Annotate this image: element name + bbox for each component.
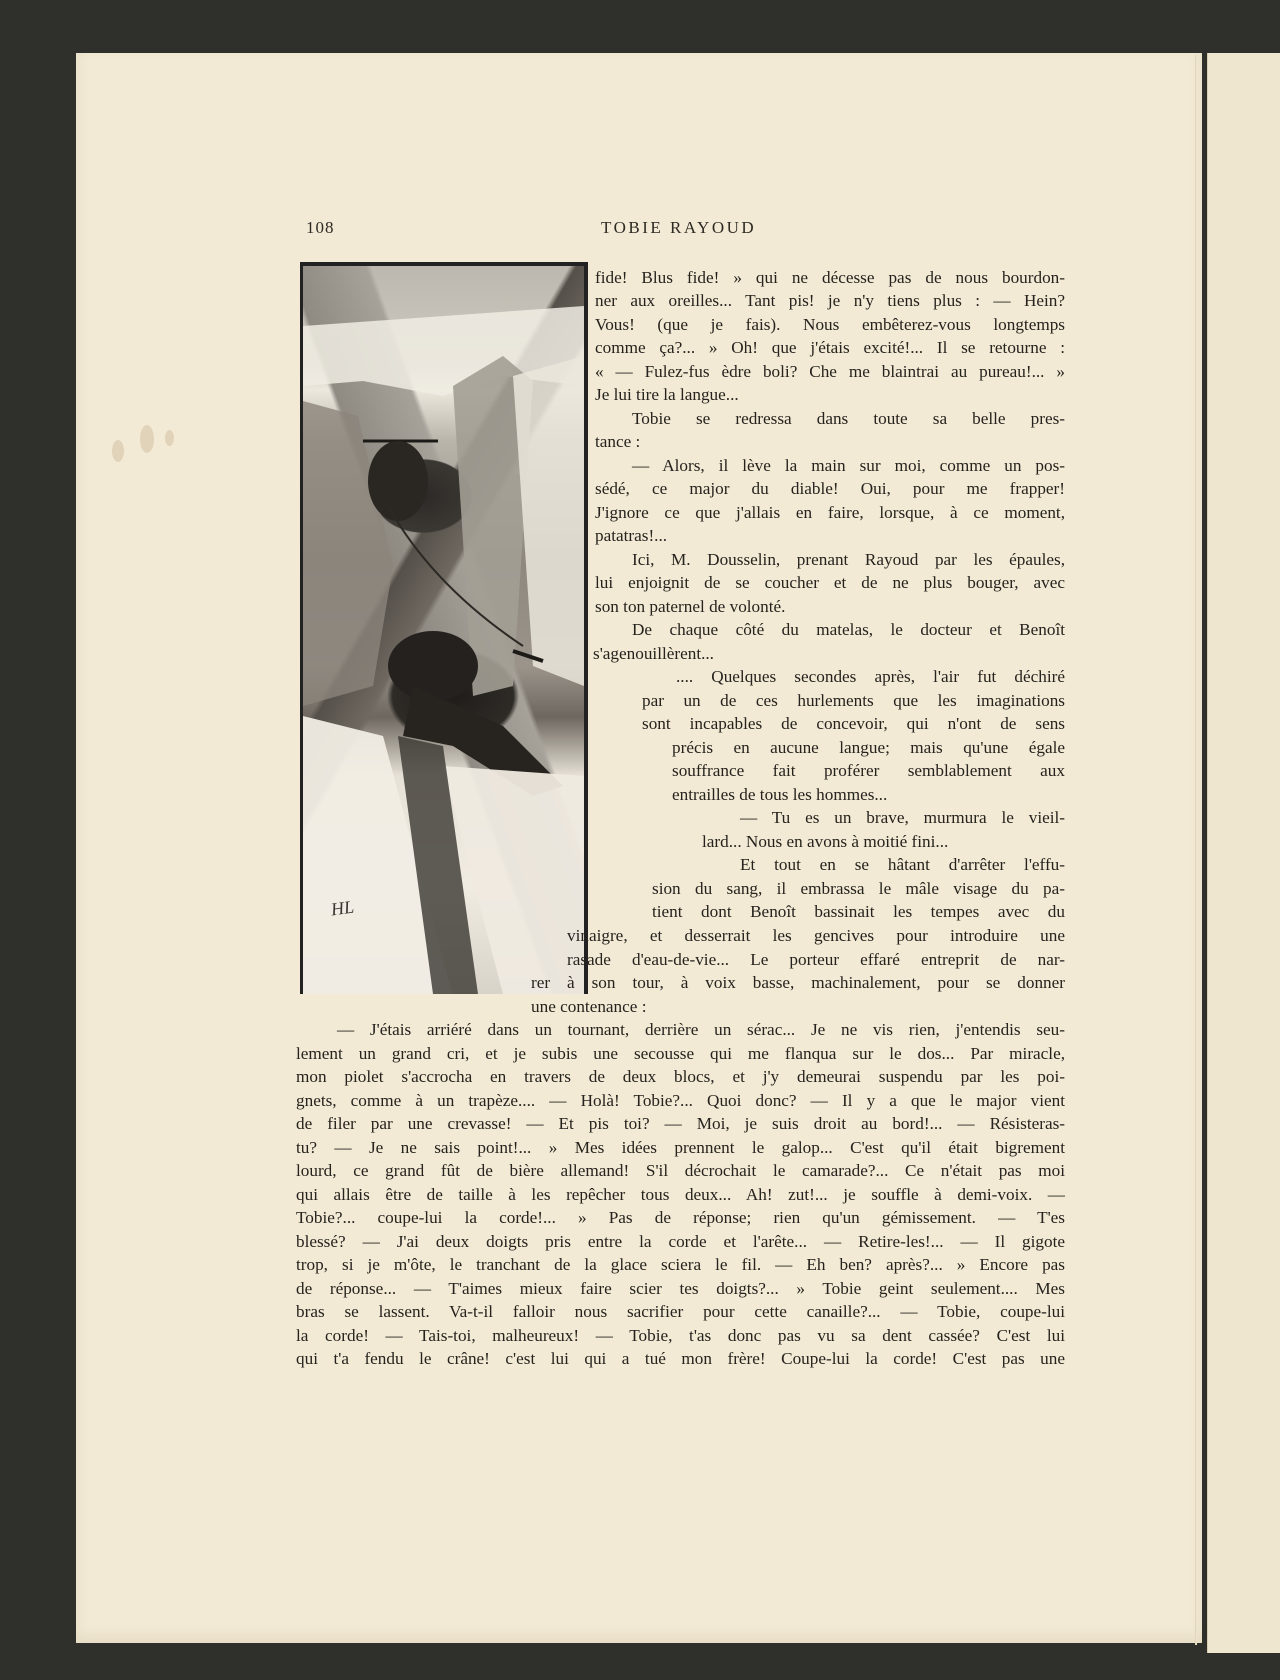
- text-line: lard... Nous en avons à moitié fini...: [702, 830, 1065, 853]
- text-line: de filer par une crevasse! — Et pis toi?…: [296, 1112, 1065, 1135]
- text-line: Ici, M. Dousselin, prenant Rayoud par le…: [632, 548, 1065, 571]
- text-line: précis en aucune langue; mais qu'une éga…: [672, 736, 1065, 759]
- text-line: — Alors, il lève la main sur moi, comme …: [632, 454, 1065, 477]
- text-line: rasade d'eau-de-vie... Le porteur effaré…: [567, 948, 1065, 971]
- text-line: « — Fulez-fus èdre boli? Che me blaintra…: [595, 360, 1065, 383]
- text-line: tance :: [595, 430, 1065, 453]
- text-line: lourd, ce grand fût de bière allemand! S…: [296, 1159, 1065, 1182]
- text-line: ner aux oreilles... Tant pis! je n'y tie…: [595, 289, 1065, 312]
- text-line: — J'étais arriéré dans un tournant, derr…: [337, 1018, 1065, 1041]
- foxing-stain: [112, 440, 124, 462]
- text-line: rer à son tour, à voix basse, machinalem…: [531, 971, 1065, 994]
- running-title: TOBIE RAYOUD: [601, 218, 756, 238]
- text-line: lui enjoignit de se coucher et de ne plu…: [595, 571, 1065, 594]
- text-line: sédé, ce major du diable! Oui, pour me f…: [595, 477, 1065, 500]
- text-line: Tobie se redressa dans toute sa belle pr…: [632, 407, 1065, 430]
- text-line: — Tu es un brave, murmura le vieil-: [740, 806, 1065, 829]
- text-line: patatras!...: [595, 524, 1065, 547]
- text-line: blessé? — J'ai deux doigts pris entre la…: [296, 1230, 1065, 1253]
- artist-signature: HL: [330, 897, 356, 921]
- text-line: Vous! (que je fais). Nous embêterez-vous…: [595, 313, 1065, 336]
- text-line: trop, si je m'ôte, le tranchant de la gl…: [296, 1253, 1065, 1276]
- text-line: tient dont Benoît bassinait les tempes a…: [652, 900, 1065, 923]
- text-line: Je lui tire la langue...: [595, 383, 1065, 406]
- text-line: De chaque côté du matelas, le docteur et…: [632, 618, 1065, 641]
- foxing-stain: [140, 425, 154, 453]
- text-line: J'ignore ce que j'allais en faire, lorsq…: [595, 501, 1065, 524]
- text-line: une contenance :: [531, 995, 1065, 1018]
- foxing-stain: [165, 430, 174, 446]
- text-line: la corde! — Tais-toi, malheureux! — Tobi…: [296, 1324, 1065, 1347]
- text-line: s'agenouillèrent...: [593, 642, 1063, 665]
- text-line: souffrance fait proférer semblablement a…: [672, 759, 1065, 782]
- text-line: qui allais être de taille à les repêcher…: [296, 1183, 1065, 1206]
- text-line: Tobie?... coupe-lui la corde!... » Pas d…: [296, 1206, 1065, 1229]
- text-line: gnets, comme à un trapèze.... — Holà! To…: [296, 1089, 1065, 1112]
- page-number: 108: [306, 218, 335, 238]
- text-line: bras se lassent. Va-t-il falloir nous sa…: [296, 1300, 1065, 1323]
- text-line: entrailles de tous les hommes...: [672, 783, 1065, 806]
- facing-page-edge: [1207, 53, 1280, 1653]
- illustration-crevasse: HL: [300, 262, 588, 994]
- text-line: son ton paternel de volonté.: [595, 595, 1065, 618]
- text-line: Et tout en se hâtant d'arrêter l'effu-: [740, 853, 1065, 876]
- text-line: .... Quelques secondes après, l'air fut …: [676, 665, 1065, 688]
- text-line: vinaigre, et desserrait les gencives pou…: [567, 924, 1065, 947]
- text-line: tu? — Je ne sais point!... » Mes idées p…: [296, 1136, 1065, 1159]
- text-line: sont incapables de concevoir, qui n'ont …: [642, 712, 1065, 735]
- text-line: comme ça?... » Oh! que j'étais excité!..…: [595, 336, 1065, 359]
- text-line: par un de ces hurlements que les imagina…: [642, 689, 1065, 712]
- text-line: fide! Blus fide! » qui ne décesse pas de…: [595, 266, 1065, 289]
- text-line: lement un grand cri, et je subis une sec…: [296, 1042, 1065, 1065]
- text-line: mon piolet s'accrocha en travers de deux…: [296, 1065, 1065, 1088]
- running-head: 108 TOBIE RAYOUD: [306, 218, 1048, 242]
- text-line: sion du sang, il embrassa le mâle visage…: [652, 877, 1065, 900]
- text-line: de réponse... — T'aimes mieux faire scie…: [296, 1277, 1065, 1300]
- engraving-detail: [303, 266, 584, 994]
- text-line: qui t'a fendu le crâne! c'est lui qui a …: [296, 1347, 1065, 1370]
- page-fold: [1195, 55, 1197, 1645]
